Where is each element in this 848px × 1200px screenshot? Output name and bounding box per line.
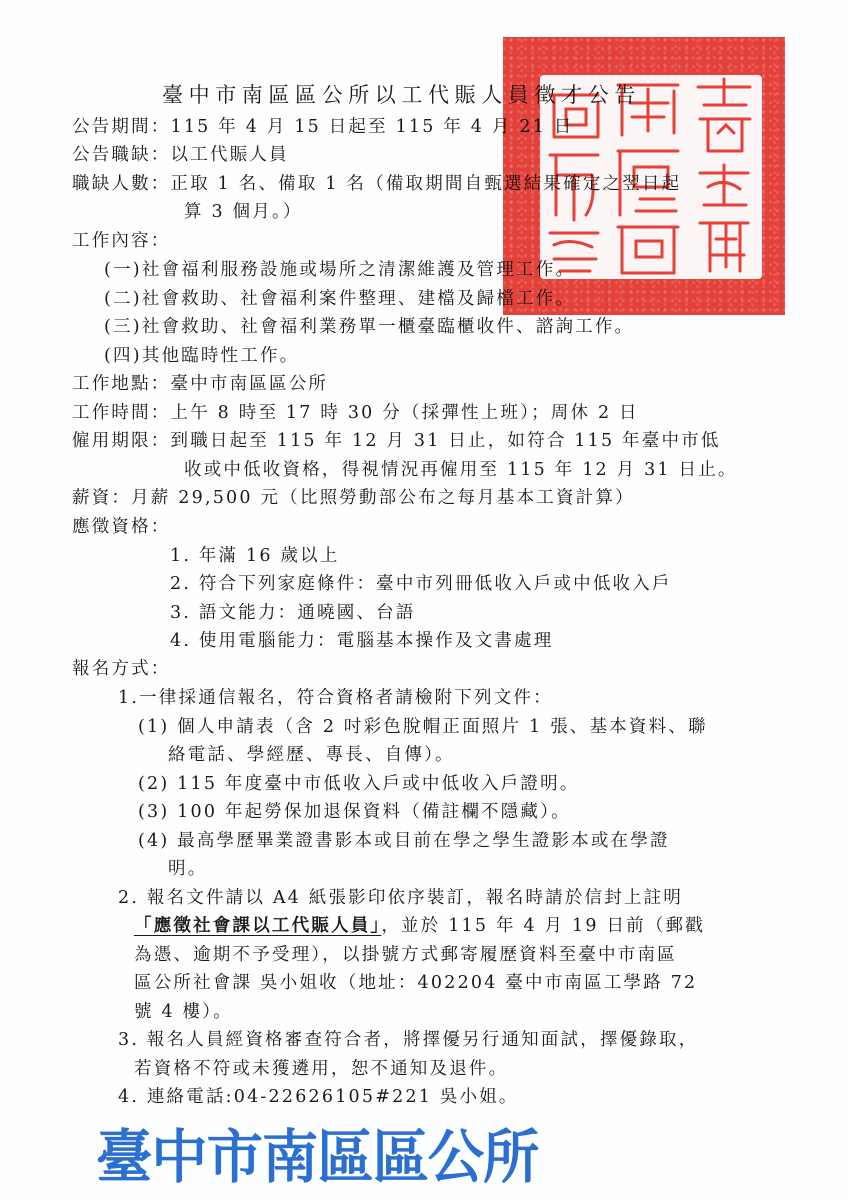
application-step-2-line-5: 號 4 樓）。 <box>134 1001 233 1023</box>
seal-inner-field <box>540 75 762 279</box>
application-step-3-continued: 若資格不符或未獲遴用，恕不通知及退件。 <box>134 1058 508 1080</box>
salary-value: 月薪 29,500 元（比照勞動部公布之每月基本工資計算） <box>131 488 635 508</box>
work-content-item: (四)其他臨時性工作。 <box>104 345 299 367</box>
headcount-label: 職缺人數： <box>72 174 171 194</box>
application-deadline: ，並於 115 年 4 月 19 日前（郵戳 <box>381 916 705 936</box>
qualification-item: 2. 符合下列家庭條件：臺中市列冊低收入戶或中低收入戶 <box>170 573 672 595</box>
work-hours: 工作時間：上午 8 時至 17 時 30 分（採彈性上班）；周休 2 日 <box>72 402 639 424</box>
work-hours-label: 工作時間： <box>72 403 171 423</box>
application-doc-4: (4) 最高學歷畢業證書影本或目前在學之學生證影本或在學證 <box>138 830 670 852</box>
work-location: 工作地點：臺中市南區區公所 <box>72 373 328 395</box>
application-label: 報名方式： <box>72 658 171 680</box>
seal-script-glyphs-icon <box>540 75 762 279</box>
employment-period-continued: 收或中低收資格，得視情況再僱用至 115 年 12 月 31 日止。 <box>184 459 738 481</box>
work-content-label: 工作內容： <box>72 230 171 252</box>
application-step-2: 2. 報名文件請以 A4 紙張影印依序裝訂，報名時請於信封上註明 <box>118 887 683 909</box>
employment-period-label: 僱用期限： <box>72 431 171 451</box>
employment-period-value: 到職日起至 115 年 12 月 31 日止，如符合 115 年臺中市低 <box>171 431 721 451</box>
application-step-3: 3. 報名人員經資格審查符合者，將擇優另行通知面試，擇優錄取， <box>118 1029 698 1051</box>
application-step-2-line-3: 為憑、逾期不予受理），以掛號方式郵寄履歷資料至臺中市南區 <box>134 944 677 966</box>
headcount-continued: 算 3 個月。） <box>184 201 303 223</box>
qualifications-label: 應徵資格： <box>72 516 171 538</box>
announcement-period-label: 公告期間： <box>72 117 171 137</box>
application-step-1: 1.一律採通信報名，符合資格者請檢附下列文件： <box>118 687 553 709</box>
work-location-value: 臺中市南區區公所 <box>171 374 329 394</box>
qualification-item: 1. 年滿 16 歲以上 <box>170 545 340 567</box>
salary-label: 薪資： <box>72 488 131 508</box>
work-hours-value: 上午 8 時至 17 時 30 分（採彈性上班）；周休 2 日 <box>171 403 639 423</box>
application-doc-4-continued: 明。 <box>168 858 207 880</box>
position: 公告職缺：以工代賑人員 <box>72 144 289 166</box>
official-seal <box>503 37 785 315</box>
application-doc-1: (1) 個人申請表（含 2 吋彩色脫帽正面照片 1 張、基本資料、聯 <box>138 716 708 738</box>
work-location-label: 工作地點： <box>72 374 171 394</box>
office-name-stamp: 臺中市南區區公所 <box>96 1126 538 1188</box>
qualification-item: 3. 語文能力：通曉國、台語 <box>170 602 416 624</box>
work-content-item: (三)社會救助、社會福利業務單一櫃臺臨櫃收件、諮詢工作。 <box>104 316 634 338</box>
application-doc-2: (2) 115 年度臺中市低收入戶或中低收入戶證明。 <box>138 773 580 795</box>
announcement-period: 公告期間：115 年 4 月 15 日起至 115 年 4 月 21 日 <box>72 116 574 138</box>
application-step-2-line-2: 「應徵社會課以工代賑人員」，並於 115 年 4 月 19 日前（郵戳 <box>134 915 705 937</box>
salary: 薪資：月薪 29,500 元（比照勞動部公布之每月基本工資計算） <box>72 487 635 509</box>
position-label: 公告職缺： <box>72 145 171 165</box>
application-doc-3: (3) 100 年起勞保加退保資料（備註欄不隱藏）。 <box>138 801 571 823</box>
contact-phone: 4. 連絡電話:04-22626105#221 吳小姐。 <box>118 1086 519 1108</box>
application-doc-1-continued: 絡電話、學經歷、專長、自傳）。 <box>168 744 455 766</box>
announcement-page: 臺中市南區區公所以工代賑人員徵才公告 公告期間：115 年 4 月 15 日起至… <box>0 0 848 1200</box>
application-step-2-address: 區公所社會課 吳小姐收（地址：402204 臺中市南區工學路 72 <box>134 972 697 994</box>
envelope-label-emphasis: 「應徵社會課以工代賑人員」 <box>134 916 381 936</box>
employment-period: 僱用期限：到職日起至 115 年 12 月 31 日止，如符合 115 年臺中市… <box>72 430 721 452</box>
position-value: 以工代賑人員 <box>171 145 289 165</box>
qualification-item: 4. 使用電腦能力：電腦基本操作及文書處理 <box>170 630 553 652</box>
